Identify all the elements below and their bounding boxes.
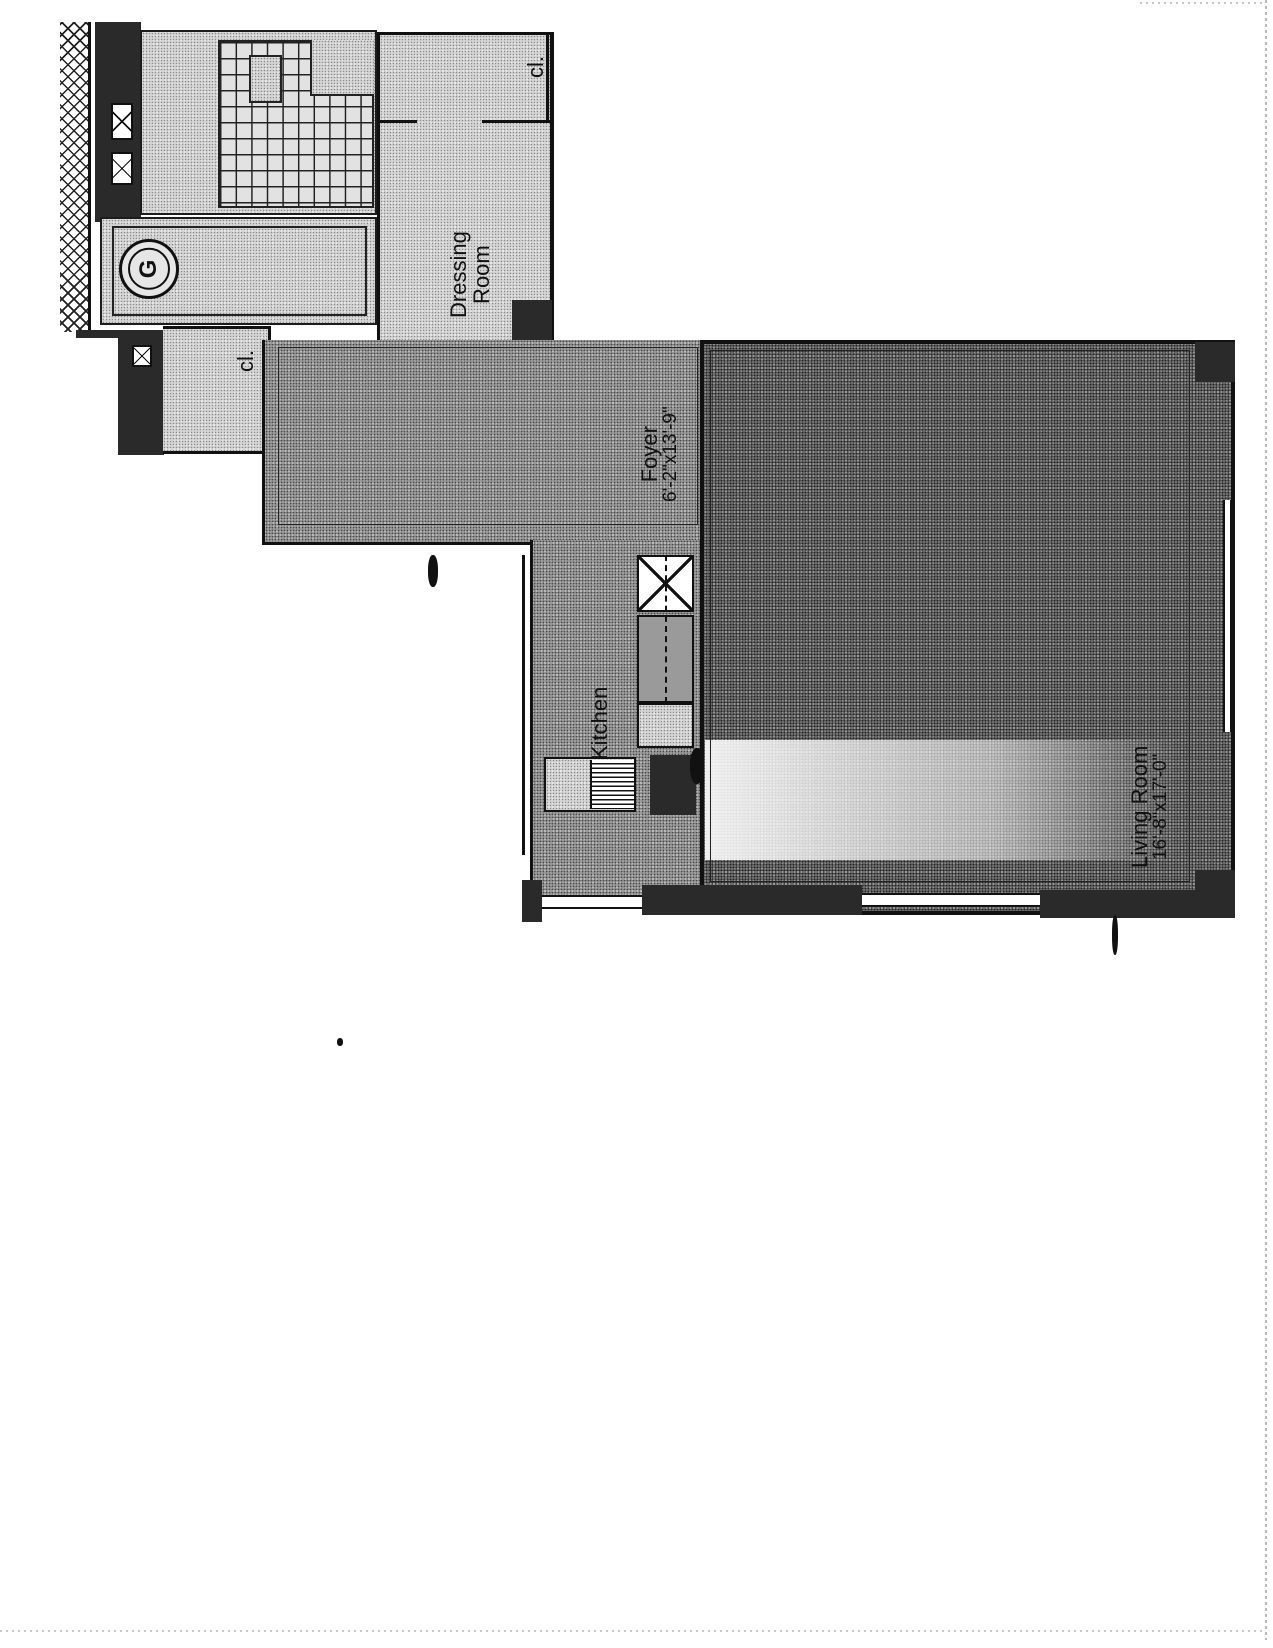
living-room-label: Living Room 16'-8"x17'-0" <box>1128 746 1171 868</box>
living-room-inner-outline <box>710 350 1190 882</box>
scan-page-edge <box>1265 0 1267 1640</box>
bathroom-toilet-area <box>249 55 282 103</box>
dressing-closet-divider <box>482 120 554 123</box>
kitchen-counter-centerline <box>665 555 667 703</box>
terrace-railing <box>60 22 88 332</box>
scan-top-line <box>1140 2 1265 4</box>
living-room-dimensions: 16'-8"x17'-0" <box>1151 746 1171 868</box>
living-room-side-window <box>1223 500 1232 732</box>
dressing-room-label-line2: Room <box>469 245 494 304</box>
scan-speck <box>1112 915 1118 955</box>
closet-label-foyer: cl. <box>234 350 257 372</box>
duct-marker-icon <box>111 152 133 185</box>
living-room-column-top <box>1195 342 1235 382</box>
foyer-label: Foyer 6'-2"x13'-9" <box>638 406 681 502</box>
duct-marker-icon <box>111 103 133 140</box>
dressing-closet-divider <box>377 120 417 123</box>
exterior-wall-bottom <box>642 885 862 915</box>
bath-fixture-letter: G <box>128 248 170 290</box>
sink-drainboard-icon <box>590 760 634 809</box>
scan-speck <box>428 555 438 587</box>
scan-speck <box>337 1038 343 1046</box>
kitchen-label: Kitchen <box>588 687 611 760</box>
bath-fixture-g-icon: G <box>119 239 179 299</box>
exterior-wall-bottom <box>522 880 542 922</box>
terrace-edge-line <box>88 22 91 332</box>
closet-label-dressing: cl. <box>524 56 547 78</box>
refrigerator <box>637 703 694 748</box>
kitchen-window <box>542 895 642 909</box>
duct-marker-icon <box>132 345 152 367</box>
foyer-inner-outline <box>278 347 698 525</box>
dressing-room-column <box>512 300 552 340</box>
kitchen-corridor-window <box>522 555 525 855</box>
bathroom-vanity-area <box>310 40 374 96</box>
living-room-window-bottom <box>862 893 1040 907</box>
exterior-wall-bottom <box>1040 890 1235 918</box>
foyer-dimensions: 6'-2"x13'-9" <box>661 406 681 502</box>
dressing-room-label-line1: Dressing <box>446 231 471 318</box>
scan-speck <box>690 748 704 784</box>
living-room-name: Living Room <box>1127 746 1152 868</box>
entry-closet <box>163 326 271 454</box>
foyer-name: Foyer <box>637 426 662 482</box>
scan-bottom-line <box>0 1630 1265 1632</box>
dressing-room-label: Dressing Room <box>447 231 493 318</box>
